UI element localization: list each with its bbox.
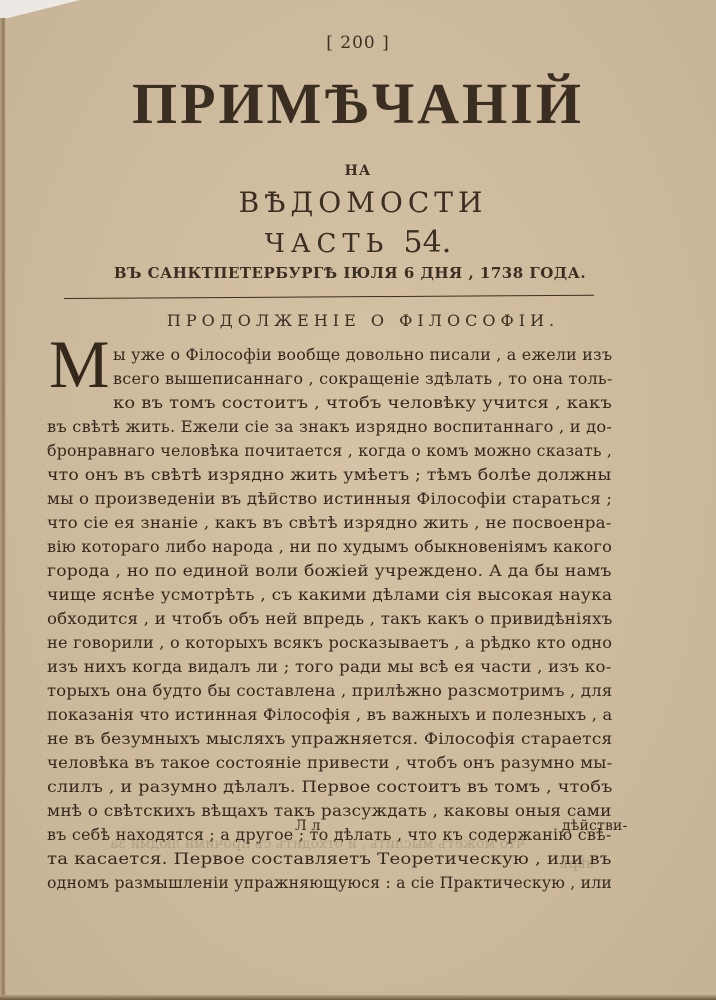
- dateline: ВЪ САНКТПЕТЕРБУРГѢ ІЮЛЯ 6 ДНЯ , 1738 ГОД…: [100, 264, 600, 282]
- subtitle-preposition: НА: [0, 163, 716, 179]
- document-page: что можетъ мыслить , и отходитъ съ прочи…: [0, 0, 716, 1000]
- text-line: что онъ въ свѣтѣ изрядно жить умѣетъ ; т…: [47, 466, 612, 484]
- part-label: ЧАСТЬ: [265, 229, 390, 259]
- text-line: обходится , и чтобъ объ ней впредь , так…: [47, 610, 612, 628]
- part-line: ЧАСТЬ 54.: [0, 225, 716, 260]
- text-line: въ свѣтѣ жить. Ежели сіе за знакъ изрядн…: [47, 418, 612, 436]
- page-number: [ 200 ]: [0, 33, 716, 53]
- page-title: ПРИМѢЧАНІЙ: [0, 70, 716, 137]
- text-line: человѣка въ такое состояніе привести , ч…: [47, 754, 612, 772]
- text-line: одномъ размышленіи упражняющуюся : а сіе…: [47, 874, 612, 892]
- text-line: мы о произведеніи въ дѣйство истинныя Фі…: [47, 490, 612, 508]
- horizontal-rule: [64, 295, 594, 299]
- catchword: дѣйстви-: [562, 818, 628, 834]
- background-corner: [0, 0, 80, 20]
- text-line: показанія что истинная Філософія , въ ва…: [47, 706, 612, 724]
- text-line: чище яснѣе усмотрѣть , съ какими дѣлами …: [47, 586, 612, 604]
- text-line: изъ нихъ когда видалъ ли ; того ради мы …: [47, 658, 612, 676]
- text-line: слилъ , и разумно дѣлалъ. Первое состоит…: [47, 778, 613, 796]
- drop-cap: М: [49, 330, 109, 398]
- text-line: въ себѣ находятся ; а другое ; то дѣлать…: [47, 826, 612, 844]
- text-line: города , но по единой воли божіей учрежд…: [47, 562, 612, 580]
- text-line: вію котораго либо народа , ни по худымъ …: [47, 538, 612, 556]
- part-number: 54.: [404, 225, 452, 260]
- text-line: всего вышеписаннаго , сокращеніе здѣлать…: [113, 370, 613, 388]
- text-line: мнѣ о свѣтскихъ вѣщахъ такъ разсуждать ,…: [47, 802, 612, 820]
- page-bottom-edge: [0, 995, 716, 1000]
- printer-signature-mark: Л л: [295, 818, 321, 834]
- text-line: торыхъ она будто бы составлена , прилѣжн…: [47, 682, 612, 700]
- text-line: та касается. Первое составляетъ Теоретич…: [47, 850, 612, 868]
- text-line: не въ безумныхъ мысляхъ упражняется. Філ…: [47, 730, 612, 748]
- text-line: что сіе ея знаніе , какъ въ свѣтѣ изрядн…: [47, 514, 612, 532]
- text-line: бронравнаго человѣка почитается , когда …: [47, 442, 612, 460]
- text-line: не говорили , о которыхъ всякъ росказыва…: [47, 634, 612, 652]
- text-line: ко въ томъ состоитъ , чтобъ человѣку учи…: [113, 394, 612, 412]
- publication-name: ВѢДОМОСТИ: [0, 186, 716, 219]
- text-line: ы уже о Філософіи вообще довольно писали…: [113, 346, 612, 364]
